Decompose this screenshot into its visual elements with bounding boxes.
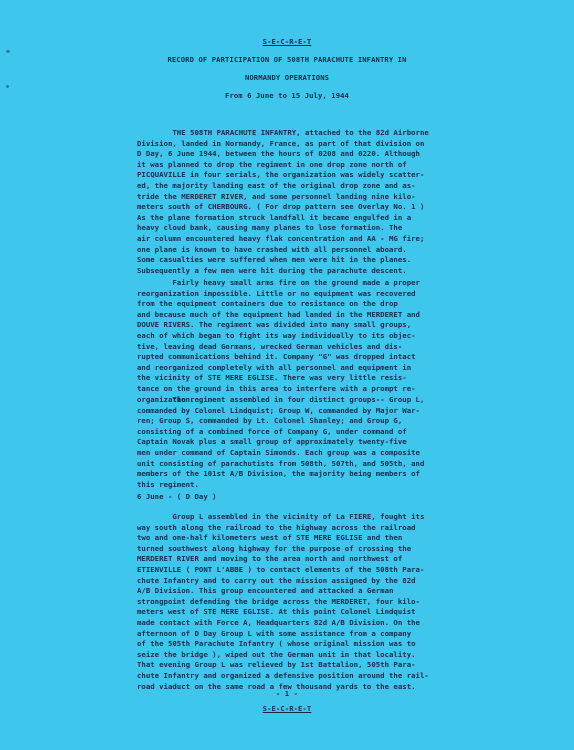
text-line: ren; Group S, commanded by Lt. Colonel S… [137, 416, 463, 427]
text-line: each of which began to fight its way ind… [137, 331, 463, 342]
text-line: rupted communications behind it. Company… [137, 352, 463, 363]
text-line: That evening Group L was relieved by 1st… [137, 660, 463, 671]
text-line: men under command of Captain Simonds. Ea… [137, 448, 463, 459]
page-number: - 1 - [0, 689, 574, 698]
text-line: Division, landed in Normandy, France, as… [137, 139, 463, 150]
classification-footer: S-E-C-R-E-T [0, 704, 574, 713]
text-line: heavy cloud bank, causing many planes to… [137, 223, 463, 234]
text-line: tive, leaving dead Germans, wrecked Germ… [137, 342, 463, 353]
text-line: this regiment. [137, 480, 463, 491]
text-line: commanded by Colonel Lindquist; Group W,… [137, 406, 463, 417]
text-line: the vicinity of STE MERE EGLISE. There w… [137, 373, 463, 384]
text-line: meters south of CHERBOURG. ( For drop pa… [137, 202, 463, 213]
text-line: air column encountered heavy flak concen… [137, 234, 463, 245]
text-line: Fairly heavy small arms fire on the grou… [137, 278, 463, 289]
text-line: Group L assembled in the vicinity of La … [137, 512, 463, 523]
document-title: RECORD OF PARTICIPATION OF 508TH PARACHU… [0, 55, 574, 64]
text-line: two and one-half kilometers west of STE … [137, 533, 463, 544]
text-line: ed, the majority landing east of the ori… [137, 181, 463, 192]
text-line: Subsequently a few men were hit during t… [137, 266, 463, 277]
text-line: reorganization impossible. Little or no … [137, 289, 463, 300]
paragraph-landing: THE 508TH PARACHUTE INFANTRY, attached t… [137, 128, 463, 276]
text-line: from the equipment containers due to res… [137, 299, 463, 310]
paragraph-group-l: Group L assembled in the vicinity of La … [137, 512, 463, 692]
text-line: THE 508TH PARACHUTE INFANTRY, attached t… [137, 128, 463, 139]
text-line: MERDERET RIVER and moving to the area no… [137, 554, 463, 565]
text-line: tride the MERDERET RIVER, and some perso… [137, 192, 463, 203]
text-line: chute Infantry and to carry out the miss… [137, 576, 463, 587]
classification-header: S-E-C-R-E-T [0, 37, 574, 46]
document-subtitle: NORMANDY OPERATIONS [0, 73, 574, 82]
text-line: ETIENVILLE ( PONT L'ABBE ) to contact el… [137, 565, 463, 576]
text-line: made contact with Force A, Headquarters … [137, 618, 463, 629]
text-line: and reorganized completely with all pers… [137, 363, 463, 374]
text-line: of the 505th Parachute Infantry ( whose … [137, 639, 463, 650]
text-line: tance on the ground in this area to inte… [137, 384, 463, 395]
text-line: 6 June - ( D Day ) [137, 492, 463, 503]
paragraph-groups: The regiment assembled in four distinct … [137, 395, 463, 490]
text-line: The regiment assembled in four distinct … [137, 395, 463, 406]
text-line: Some casualties were suffered when men w… [137, 255, 463, 266]
text-line: members of the 101st A/B Division, the m… [137, 469, 463, 480]
text-line: PICQUAVILLE in four serials, the organiz… [137, 170, 463, 181]
text-line: DOUVE RIVERS. The regiment was divided i… [137, 320, 463, 331]
date-range: From 6 June to 15 July, 1944 [0, 91, 574, 100]
text-line: way south along the railroad to the high… [137, 523, 463, 534]
text-line: unit consisting of parachutists from 508… [137, 459, 463, 470]
text-line: meters west of STE MERE EGLISE. At this … [137, 607, 463, 618]
text-line: it was planned to drop the regiment in o… [137, 160, 463, 171]
text-line: consisting of a combined force of Compan… [137, 427, 463, 438]
punch-mark [6, 50, 10, 53]
document-page: S-E-C-R-E-T RECORD OF PARTICIPATION OF 5… [0, 0, 574, 750]
text-line: and because much of the equipment had la… [137, 310, 463, 321]
text-line: chute Infantry and organized a defensive… [137, 671, 463, 682]
section-heading-d-day: 6 June - ( D Day ) [137, 492, 463, 503]
text-line: Captain Novak plus a small group of appr… [137, 437, 463, 448]
punch-mark [6, 85, 9, 88]
text-line: afternoon of D Day Group L with some ass… [137, 629, 463, 640]
text-line: seize the bridge ), wiped out the German… [137, 650, 463, 661]
text-line: one plane is known to have crashed with … [137, 245, 463, 256]
paragraph-reorganization: Fairly heavy small arms fire on the grou… [137, 278, 463, 405]
text-line: As the plane formation struck landfall i… [137, 213, 463, 224]
text-line: D Day, 6 June 1944, between the hours of… [137, 149, 463, 160]
text-line: strongpoint defending the bridge across … [137, 597, 463, 608]
text-line: A/B Division. This group encountered and… [137, 586, 463, 597]
text-line: turned southwest along highway for the p… [137, 544, 463, 555]
